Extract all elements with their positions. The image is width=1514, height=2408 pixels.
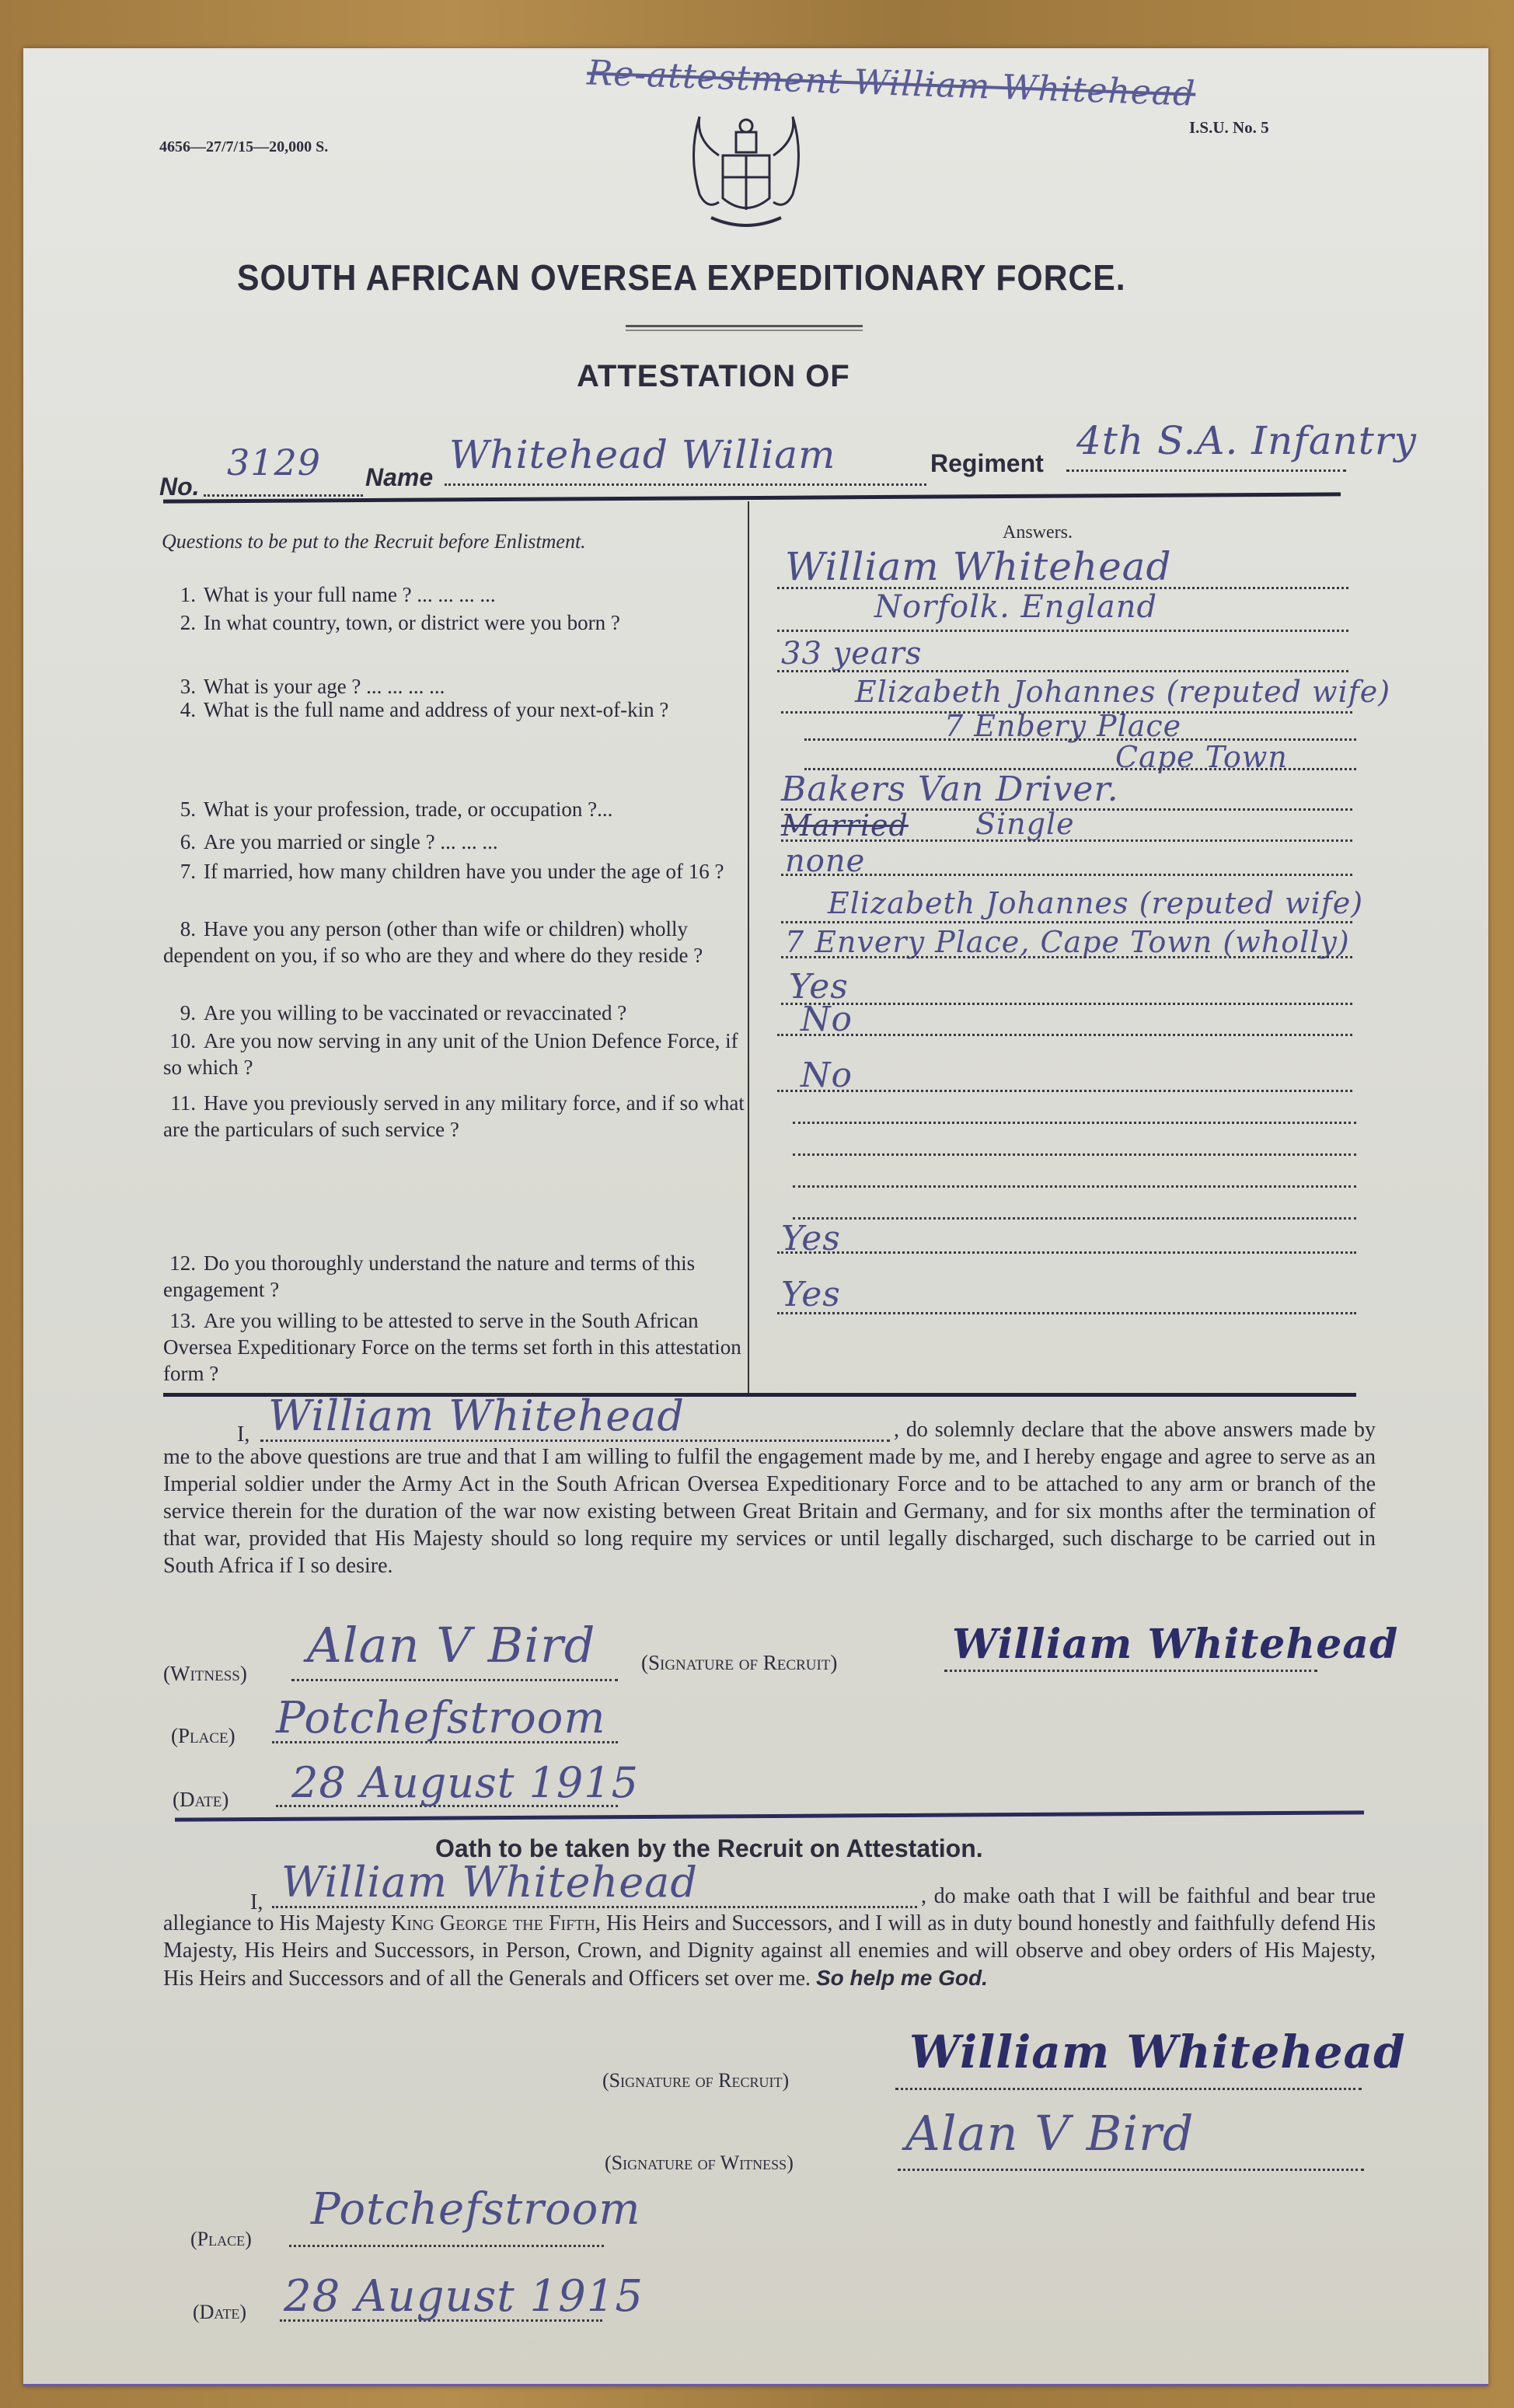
question-text: Are you willing to be vaccinated or reva…	[204, 1001, 626, 1024]
date-label: (Date)	[173, 1788, 228, 1812]
question-3: 3.What is your age ? ... ... ... ...	[163, 673, 746, 700]
question-text: Have you any person (other than wife or …	[163, 917, 703, 967]
answer-line	[781, 921, 1352, 923]
witness-label: (Witness)	[163, 1662, 247, 1686]
question-number: 6.	[163, 829, 196, 855]
witness-signature: Alan V Bird	[307, 1617, 595, 1673]
oath-date-label: (Date)	[193, 2301, 246, 2324]
name-field-line	[445, 483, 926, 486]
service-number: 3129	[227, 441, 321, 483]
regiment-field-line	[1066, 469, 1346, 472]
answer-line	[777, 1090, 1352, 1092]
question-number: 12.	[163, 1250, 196, 1276]
answer-line	[777, 630, 1348, 632]
question-text: What is your age ? ... ... ... ...	[204, 675, 445, 698]
oath-recruit-signature: William Whitehead	[909, 2026, 1406, 2078]
date-value: 28 August 1915	[291, 1758, 639, 1807]
oath-place-label: (Place)	[190, 2228, 252, 2251]
answer-6: Single	[975, 807, 1075, 841]
oath-place-line	[289, 2245, 604, 2247]
answer-8-line-1: Elizabeth Johannes (reputed wife)	[828, 886, 1363, 920]
oath-text: , do make oath that I will be faithful a…	[163, 1883, 1376, 1992]
recruit-signature: William Whitehead	[952, 1621, 1398, 1668]
answer-line	[781, 839, 1352, 842]
question-number: 13.	[163, 1307, 196, 1334]
name-label: Name	[365, 463, 433, 492]
answer-line	[777, 1251, 1356, 1254]
question-number: 8.	[163, 916, 196, 942]
answer-4-line-1: Elizabeth Johannes (reputed wife)	[855, 675, 1390, 709]
form-subtitle: ATTESTATION OF	[577, 359, 850, 394]
answer-line	[793, 1217, 1356, 1220]
question-12: 12.Do you thoroughly understand the natu…	[163, 1250, 746, 1303]
answers-heading: Answers.	[1003, 522, 1073, 543]
title-divider	[626, 325, 863, 327]
answer-line	[777, 1034, 1352, 1036]
question-text: Are you married or single ? ... ... ...	[204, 830, 498, 853]
question-4: 4.What is the full name and address of y…	[163, 696, 746, 723]
question-number: 3.	[163, 673, 196, 700]
question-11: 11.Have you previously served in any mil…	[163, 1090, 746, 1143]
question-9: 9.Are you willing to be vaccinated or re…	[163, 1000, 746, 1026]
title-divider-2	[626, 330, 863, 331]
regiment-value: 4th S.A. Infantry	[1076, 418, 1417, 463]
answer-5: Bakers Van Driver.	[781, 770, 1119, 809]
no-label: No.	[159, 473, 200, 501]
answer-line	[777, 1312, 1356, 1314]
form-title: SOUTH AFRICAN OVERSEA EXPEDITIONARY FORC…	[237, 257, 1126, 298]
question-13: 13.Are you willing to be attested to ser…	[163, 1307, 746, 1387]
question-text: Are you now serving in any unit of the U…	[163, 1029, 738, 1079]
answer-1: William Whitehead	[785, 544, 1171, 589]
oath-date-value: 28 August 1915	[284, 2271, 644, 2322]
question-text: Do you thoroughly understand the nature …	[163, 1251, 695, 1301]
question-text: If married, how many children have you u…	[204, 860, 724, 883]
answer-8-line-2: 7 Envery Place, Cape Town (wholly)	[785, 925, 1350, 959]
answer-line	[793, 1153, 1356, 1156]
isu-number: I.S.U. No. 5	[1189, 118, 1269, 138]
answer-line	[793, 1185, 1356, 1188]
question-number: 10.	[163, 1028, 196, 1054]
question-text: What is the full name and address of you…	[204, 698, 668, 721]
answer-line	[781, 956, 1352, 958]
no-field-line	[204, 494, 363, 497]
oath-recruit-signature-label: (Signature of Recruit)	[602, 2069, 789, 2092]
question-number: 5.	[163, 796, 196, 822]
oath-place-value: Potchefstroom	[311, 2184, 640, 2235]
question-text: In what country, town, or district were …	[204, 611, 620, 634]
question-number: 4.	[163, 696, 196, 723]
oath-witness-signature-label: (Signature of Witness)	[605, 2151, 794, 2175]
question-number: 9.	[163, 1000, 196, 1026]
question-text: Are you willing to be attested to serve …	[163, 1309, 741, 1385]
question-text: What is your profession, trade, or occup…	[204, 797, 612, 821]
declaration-text: , do solemnly declare that the above ans…	[163, 1416, 1376, 1579]
oath-king-name: King George the Fifth	[391, 1911, 595, 1935]
regiment-label: Regiment	[930, 449, 1044, 478]
answer-2: Norfolk. England	[874, 589, 1157, 625]
question-number: 1.	[163, 581, 196, 608]
question-number: 7.	[163, 858, 196, 885]
column-divider	[748, 501, 749, 1395]
answer-13: Yes	[781, 1275, 841, 1314]
question-7: 7.If married, how many children have you…	[163, 858, 746, 885]
question-text: Have you previously served in any milita…	[163, 1091, 745, 1141]
answer-line	[793, 1122, 1356, 1124]
question-number: 2.	[163, 609, 196, 636]
place-value: Potchefstroom	[276, 1693, 605, 1743]
question-6: 6.Are you married or single ? ... ... ..…	[163, 829, 746, 855]
answer-line	[781, 1003, 1352, 1005]
question-text: What is your full name ? ... ... ... ...	[204, 583, 496, 606]
oath-closing: So help me God.	[816, 1966, 988, 1990]
form-code: 4656—27/7/15—20,000 S.	[159, 138, 328, 156]
question-5: 5.What is your profession, trade, or occ…	[163, 796, 746, 822]
oath-witness-signature-line	[898, 2169, 1364, 2171]
recruit-signature-label: (Signature of Recruit)	[641, 1651, 837, 1675]
question-8: 8.Have you any person (other than wife o…	[163, 916, 746, 968]
questions-heading: Questions to be put to the Recruit befor…	[162, 530, 586, 553]
witness-line	[291, 1679, 618, 1681]
answer-line	[777, 670, 1348, 672]
coat-of-arms-icon	[665, 109, 828, 241]
answer-3: 33 years	[781, 636, 922, 672]
question-2: 2.In what country, town, or district wer…	[163, 609, 746, 636]
question-1: 1.What is your full name ? ... ... ... .…	[163, 581, 746, 608]
recruit-signature-line	[944, 1670, 1317, 1672]
answer-6-struck: Married	[781, 808, 909, 843]
recruit-name: Whitehead William	[449, 432, 835, 477]
oath-recruit-signature-line	[895, 2088, 1362, 2090]
question-10: 10.Are you now serving in any unit of th…	[163, 1028, 746, 1080]
oath-witness-signature: Alan V Bird	[905, 2105, 1194, 2162]
answer-line	[781, 874, 1352, 876]
question-number: 11.	[163, 1090, 196, 1116]
place-label: (Place)	[171, 1724, 235, 1748]
